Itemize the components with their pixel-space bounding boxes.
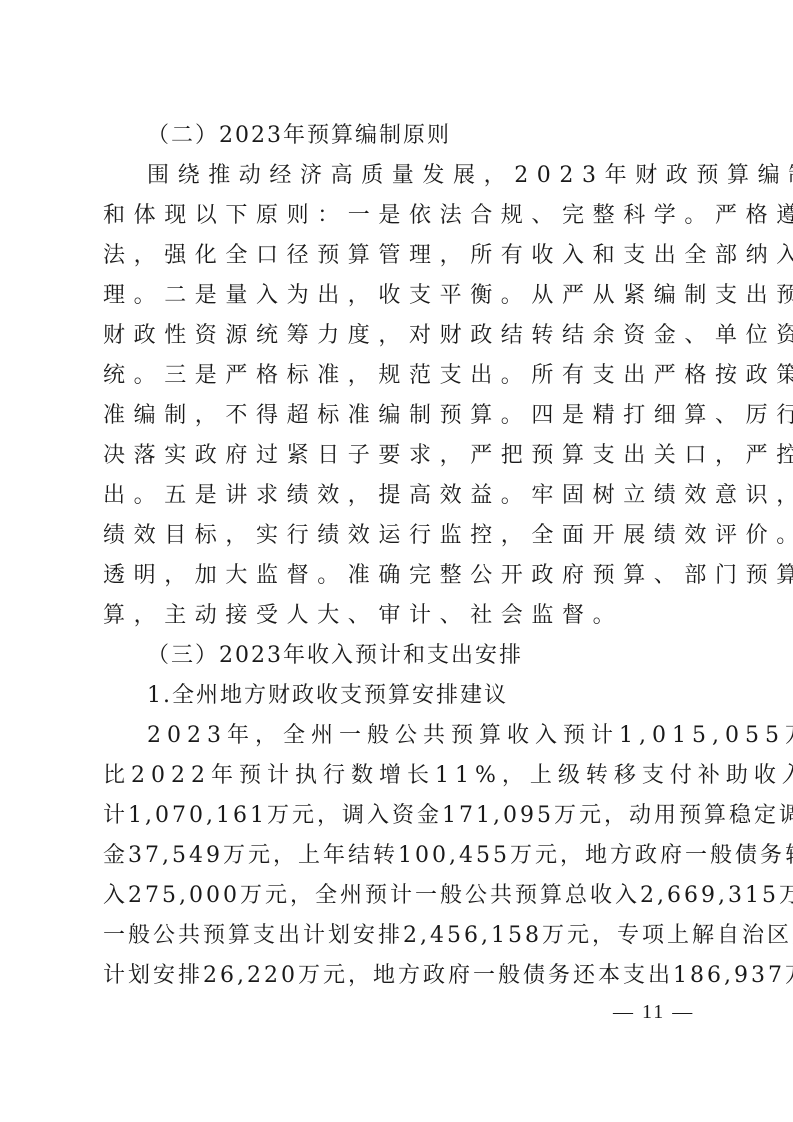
paragraph-line: 准编制，不得超标准编制预算。四是精打细算、厉行节约。坚 bbox=[103, 396, 693, 436]
paragraph-line: 和体现以下原则：一是依法合规、完整科学。严格遵循预算 bbox=[103, 196, 693, 236]
page-number: — 11 — bbox=[613, 1001, 694, 1024]
document-page: （二）2023年预算编制原则 围绕推动经济高质量发展，2023年财政预算编制着重… bbox=[103, 116, 693, 996]
paragraph-line: 财政性资源统筹力度，对财政结转结余资金、单位资金应统尽 bbox=[103, 316, 693, 356]
paragraph-line: 出。五是讲求绩效，提高效益。牢固树立绩效意识，科学设定 bbox=[103, 476, 693, 516]
paragraph-line: 围绕推动经济高质量发展，2023年财政预算编制着重坚持 bbox=[103, 156, 693, 196]
section-heading-3: （三）2023年收入预计和支出安排 bbox=[103, 636, 693, 676]
paragraph-line: 透明，加大监督。准确完整公开政府预算、部门预算和单位预 bbox=[103, 556, 693, 596]
subsection-heading-1: 1.全州地方财政收支预算安排建议 bbox=[103, 676, 693, 716]
section-heading-2: （二）2023年预算编制原则 bbox=[103, 116, 693, 156]
paragraph-line: 入275,000万元，全州预计一般公共预算总收入2,669,315万元。 bbox=[103, 876, 693, 916]
paragraph-line: 法，强化全口径预算管理，所有收入和支出全部纳入预算管 bbox=[103, 236, 693, 276]
paragraph-line: 2023年，全州一般公共预算收入预计1,015,055万元， bbox=[103, 716, 693, 756]
paragraph-line: 金37,549万元，上年结转100,455万元，地方政府一般债务转贷收 bbox=[103, 836, 693, 876]
paragraph-line: 计划安排26,220万元，地方政府一般债务还本支出186,937万元。 bbox=[103, 956, 693, 996]
paragraph-line: 理。二是量入为出，收支平衡。从严从紧编制支出预算，加大 bbox=[103, 276, 693, 316]
paragraph-line: 决落实政府过紧日子要求，严把预算支出关口，严控一般性支 bbox=[103, 436, 693, 476]
paragraph-line: 绩效目标，实行绩效运行监控，全面开展绩效评价。六是公开 bbox=[103, 516, 693, 556]
paragraph-line: 计1,070,161万元，调入资金171,095万元，动用预算稳定调节基 bbox=[103, 796, 693, 836]
paragraph-line: 一般公共预算支出计划安排2,456,158万元，专项上解自治区支出 bbox=[103, 916, 693, 956]
paragraph-line: 统。三是严格标准，规范支出。所有支出严格按政策规定的标 bbox=[103, 356, 693, 396]
paragraph-line: 算，主动接受人大、审计、社会监督。 bbox=[103, 596, 693, 636]
paragraph-line: 比2022年预计执行数增长11%，上级转移支付补助收入预 bbox=[103, 756, 693, 796]
